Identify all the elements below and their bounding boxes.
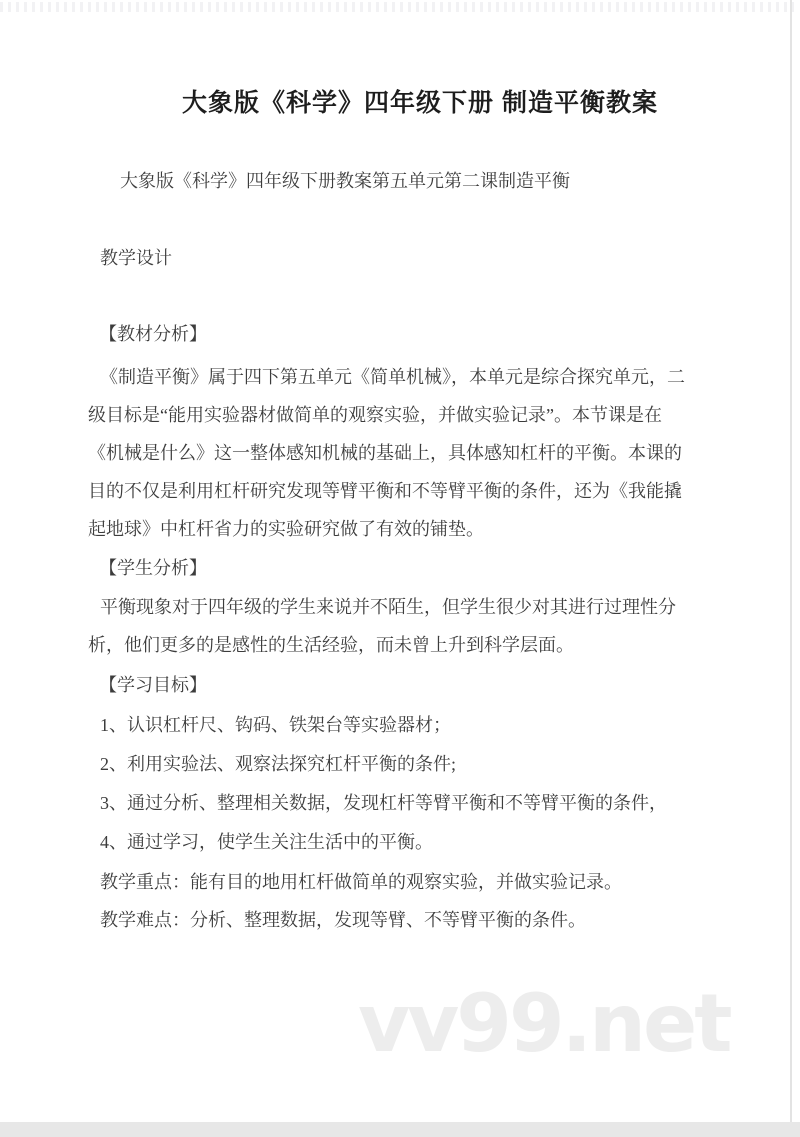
teaching-difficult-point: 教学难点：分析、整理数据，发现等臂、不等臂平衡的条件。 bbox=[100, 901, 586, 939]
top-perforation-texture bbox=[0, 2, 794, 12]
document-subtitle: 大象版《科学》四年级下册教案第五单元第二课制造平衡 bbox=[120, 162, 570, 200]
bottom-bar bbox=[0, 1122, 800, 1137]
objective-item: 2、利用实验法、观察法探究杠杆平衡的条件; bbox=[88, 745, 667, 784]
paragraph-line: 目的不仅是利用杠杆研究发现等臂平衡和不等臂平衡的条件，还为《我能撬 bbox=[88, 472, 685, 510]
objective-item: 4、通过学习，使学生关注生活中的平衡。 bbox=[88, 823, 667, 862]
paragraph-line: 起地球》中杠杆省力的实验研究做了有效的铺垫。 bbox=[88, 510, 685, 548]
paragraph-line: 级目标是“能用实验器材做简单的观察实验，并做实验记录”。本节课是在 bbox=[88, 396, 685, 434]
material-analysis-paragraph: 《制造平衡》属于四下第五单元《简单机械》，本单元是综合探究单元，二 级目标是“能… bbox=[88, 358, 685, 548]
section-heading-material-analysis: 【教材分析】 bbox=[99, 315, 207, 353]
objective-item: 1、认识杠杆尺、钩码、铁架台等实验器材； bbox=[88, 706, 667, 745]
paragraph-line: 《机械是什么》这一整体感知机械的基础上，具体感知杠杆的平衡。本课的 bbox=[88, 434, 685, 472]
page-right-edge bbox=[790, 0, 792, 1122]
section-heading-learning-objectives: 【学习目标】 bbox=[99, 666, 207, 704]
objectives-list: 1、认识杠杆尺、钩码、铁架台等实验器材； 2、利用实验法、观察法探究杠杆平衡的条… bbox=[88, 706, 667, 862]
watermark: vv99.net bbox=[358, 984, 729, 1064]
student-analysis-paragraph: 平衡现象对于四年级的学生来说并不陌生，但学生很少对其进行过理性分 析，他们更多的… bbox=[88, 588, 676, 664]
paragraph-line: 平衡现象对于四年级的学生来说并不陌生，但学生很少对其进行过理性分 bbox=[88, 588, 676, 626]
teaching-design-label: 教学设计 bbox=[100, 239, 172, 277]
teaching-key-point: 教学重点：能有目的地用杠杆做简单的观察实验，并做实验记录。 bbox=[100, 863, 622, 901]
paragraph-line: 析，他们更多的是感性的生活经验，而未曾上升到科学层面。 bbox=[88, 626, 676, 664]
paragraph-line: 《制造平衡》属于四下第五单元《简单机械》，本单元是综合探究单元，二 bbox=[88, 358, 685, 396]
objective-item: 3、通过分析、整理相关数据，发现杠杆等臂平衡和不等臂平衡的条件， bbox=[88, 784, 667, 823]
section-heading-student-analysis: 【学生分析】 bbox=[99, 549, 207, 587]
document-title: 大象版《科学》四年级下册 制造平衡教案 bbox=[20, 84, 800, 122]
document-page: 大象版《科学》四年级下册 制造平衡教案 大象版《科学》四年级下册教案第五单元第二… bbox=[0, 0, 800, 1137]
